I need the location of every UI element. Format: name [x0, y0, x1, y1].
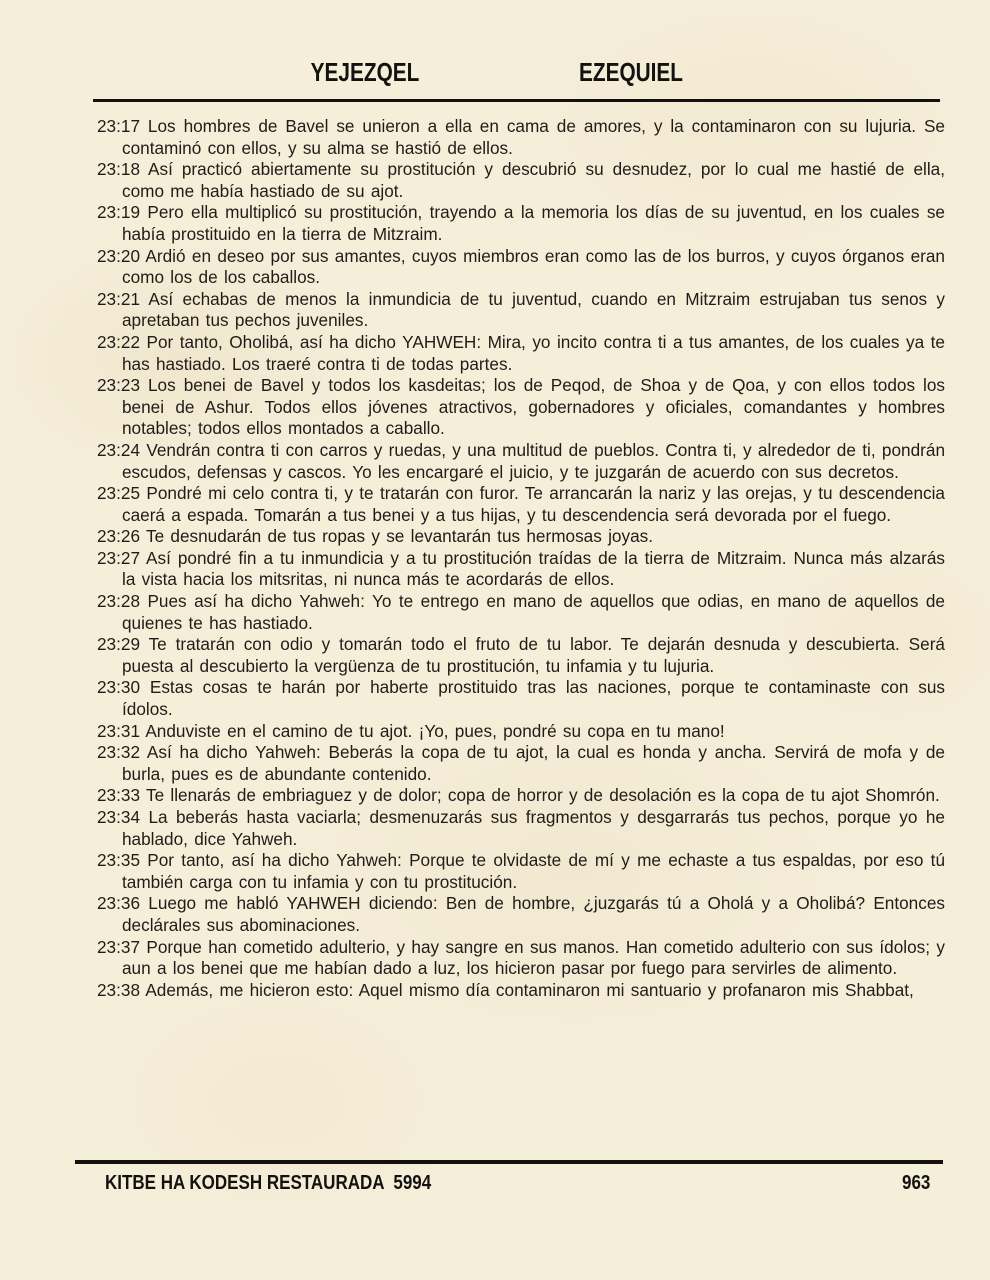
header-divider: [93, 99, 940, 102]
verse-ref: 23:29: [97, 634, 140, 654]
page-number: 963: [902, 1172, 930, 1195]
footer: KITBE HA KODESH RESTAURADA 5994 963: [105, 1172, 930, 1195]
verse: 23:30 Estas cosas te harán por haberte p…: [97, 677, 945, 720]
verse-ref: 23:25: [97, 483, 140, 503]
verse: 23:31 Anduviste en el camino de tu ajot.…: [97, 721, 945, 743]
verse: 23:29 Te tratarán con odio y tomarán tod…: [97, 634, 945, 677]
header-title-yejezqel-text: YEJEZQEL: [311, 57, 420, 88]
verse-ref: 23:30: [97, 677, 140, 697]
verse-ref: 23:35: [97, 850, 140, 870]
verse-ref: 23:33: [97, 785, 140, 805]
verse-ref: 23:17: [97, 116, 140, 136]
verse-ref: 23:26: [97, 526, 140, 546]
verse-ref: 23:38: [97, 980, 140, 1000]
verse: 23:36 Luego me habló YAHWEH diciendo: Be…: [97, 893, 945, 936]
verse-ref: 23:20: [97, 246, 140, 266]
header-title-yejezqel: YEJEZQEL: [297, 57, 433, 88]
footer-divider: [75, 1160, 943, 1164]
verse-ref: 23:19: [97, 202, 140, 222]
verse: 23:34 La beberás hasta vaciarla; desmenu…: [97, 807, 945, 850]
verse: 23:22 Por tanto, Oholibá, así ha dicho Y…: [97, 332, 945, 375]
header-title-ezequiel-text: EZEQUIEL: [579, 57, 683, 88]
verse-ref: 23:31: [97, 721, 140, 741]
header-title-ezequiel: EZEQUIEL: [566, 57, 696, 88]
verse-list: 23:17 Los hombres de Bavel se unieron a …: [97, 116, 945, 1001]
verse: 23:17 Los hombres de Bavel se unieron a …: [97, 116, 945, 159]
verse: 23:37 Porque han cometido adulterio, y h…: [97, 937, 945, 980]
verse: 23:25 Pondré mi celo contra ti, y te tra…: [97, 483, 945, 526]
verse: 23:35 Por tanto, así ha dicho Yahweh: Po…: [97, 850, 945, 893]
verse-ref: 23:32: [97, 742, 140, 762]
verse-ref: 23:28: [97, 591, 140, 611]
verse-ref: 23:22: [97, 332, 140, 352]
verse: 23:32 Así ha dicho Yahweh: Beberás la co…: [97, 742, 945, 785]
verse-ref: 23:34: [97, 807, 140, 827]
verse: 23:38 Además, me hicieron esto: Aquel mi…: [97, 980, 945, 1002]
verse: 23:18 Así practicó abiertamente su prost…: [97, 159, 945, 202]
verse-ref: 23:27: [97, 548, 140, 568]
verse: 23:21 Así echabas de menos la inmundicia…: [97, 289, 945, 332]
verse: 23:24 Vendrán contra ti con carros y rue…: [97, 440, 945, 483]
verse-ref: 23:24: [97, 440, 140, 460]
verse-ref: 23:23: [97, 375, 140, 395]
verse-ref: 23:36: [97, 893, 140, 913]
verse: 23:28 Pues así ha dicho Yahweh: Yo te en…: [97, 591, 945, 634]
verse: 23:26 Te desnudarán de tus ropas y se le…: [97, 526, 945, 548]
verse: 23:27 Así pondré fin a tu inmundicia y a…: [97, 548, 945, 591]
verse-ref: 23:37: [97, 937, 140, 957]
verse: 23:20 Ardió en deseo por sus amantes, cu…: [97, 246, 945, 289]
scripture-page: YEJEZQEL EZEQUIEL 23:17 Los hombres de B…: [0, 0, 990, 1280]
footer-title: KITBE HA KODESH RESTAURADA 5994: [105, 1172, 431, 1195]
verse: 23:23 Los benei de Bavel y todos los kas…: [97, 375, 945, 440]
verse-ref: 23:18: [97, 159, 140, 179]
verse-ref: 23:21: [97, 289, 140, 309]
verse: 23:33 Te llenarás de embriaguez y de dol…: [97, 785, 945, 807]
verse: 23:19 Pero ella multiplicó su prostituci…: [97, 202, 945, 245]
